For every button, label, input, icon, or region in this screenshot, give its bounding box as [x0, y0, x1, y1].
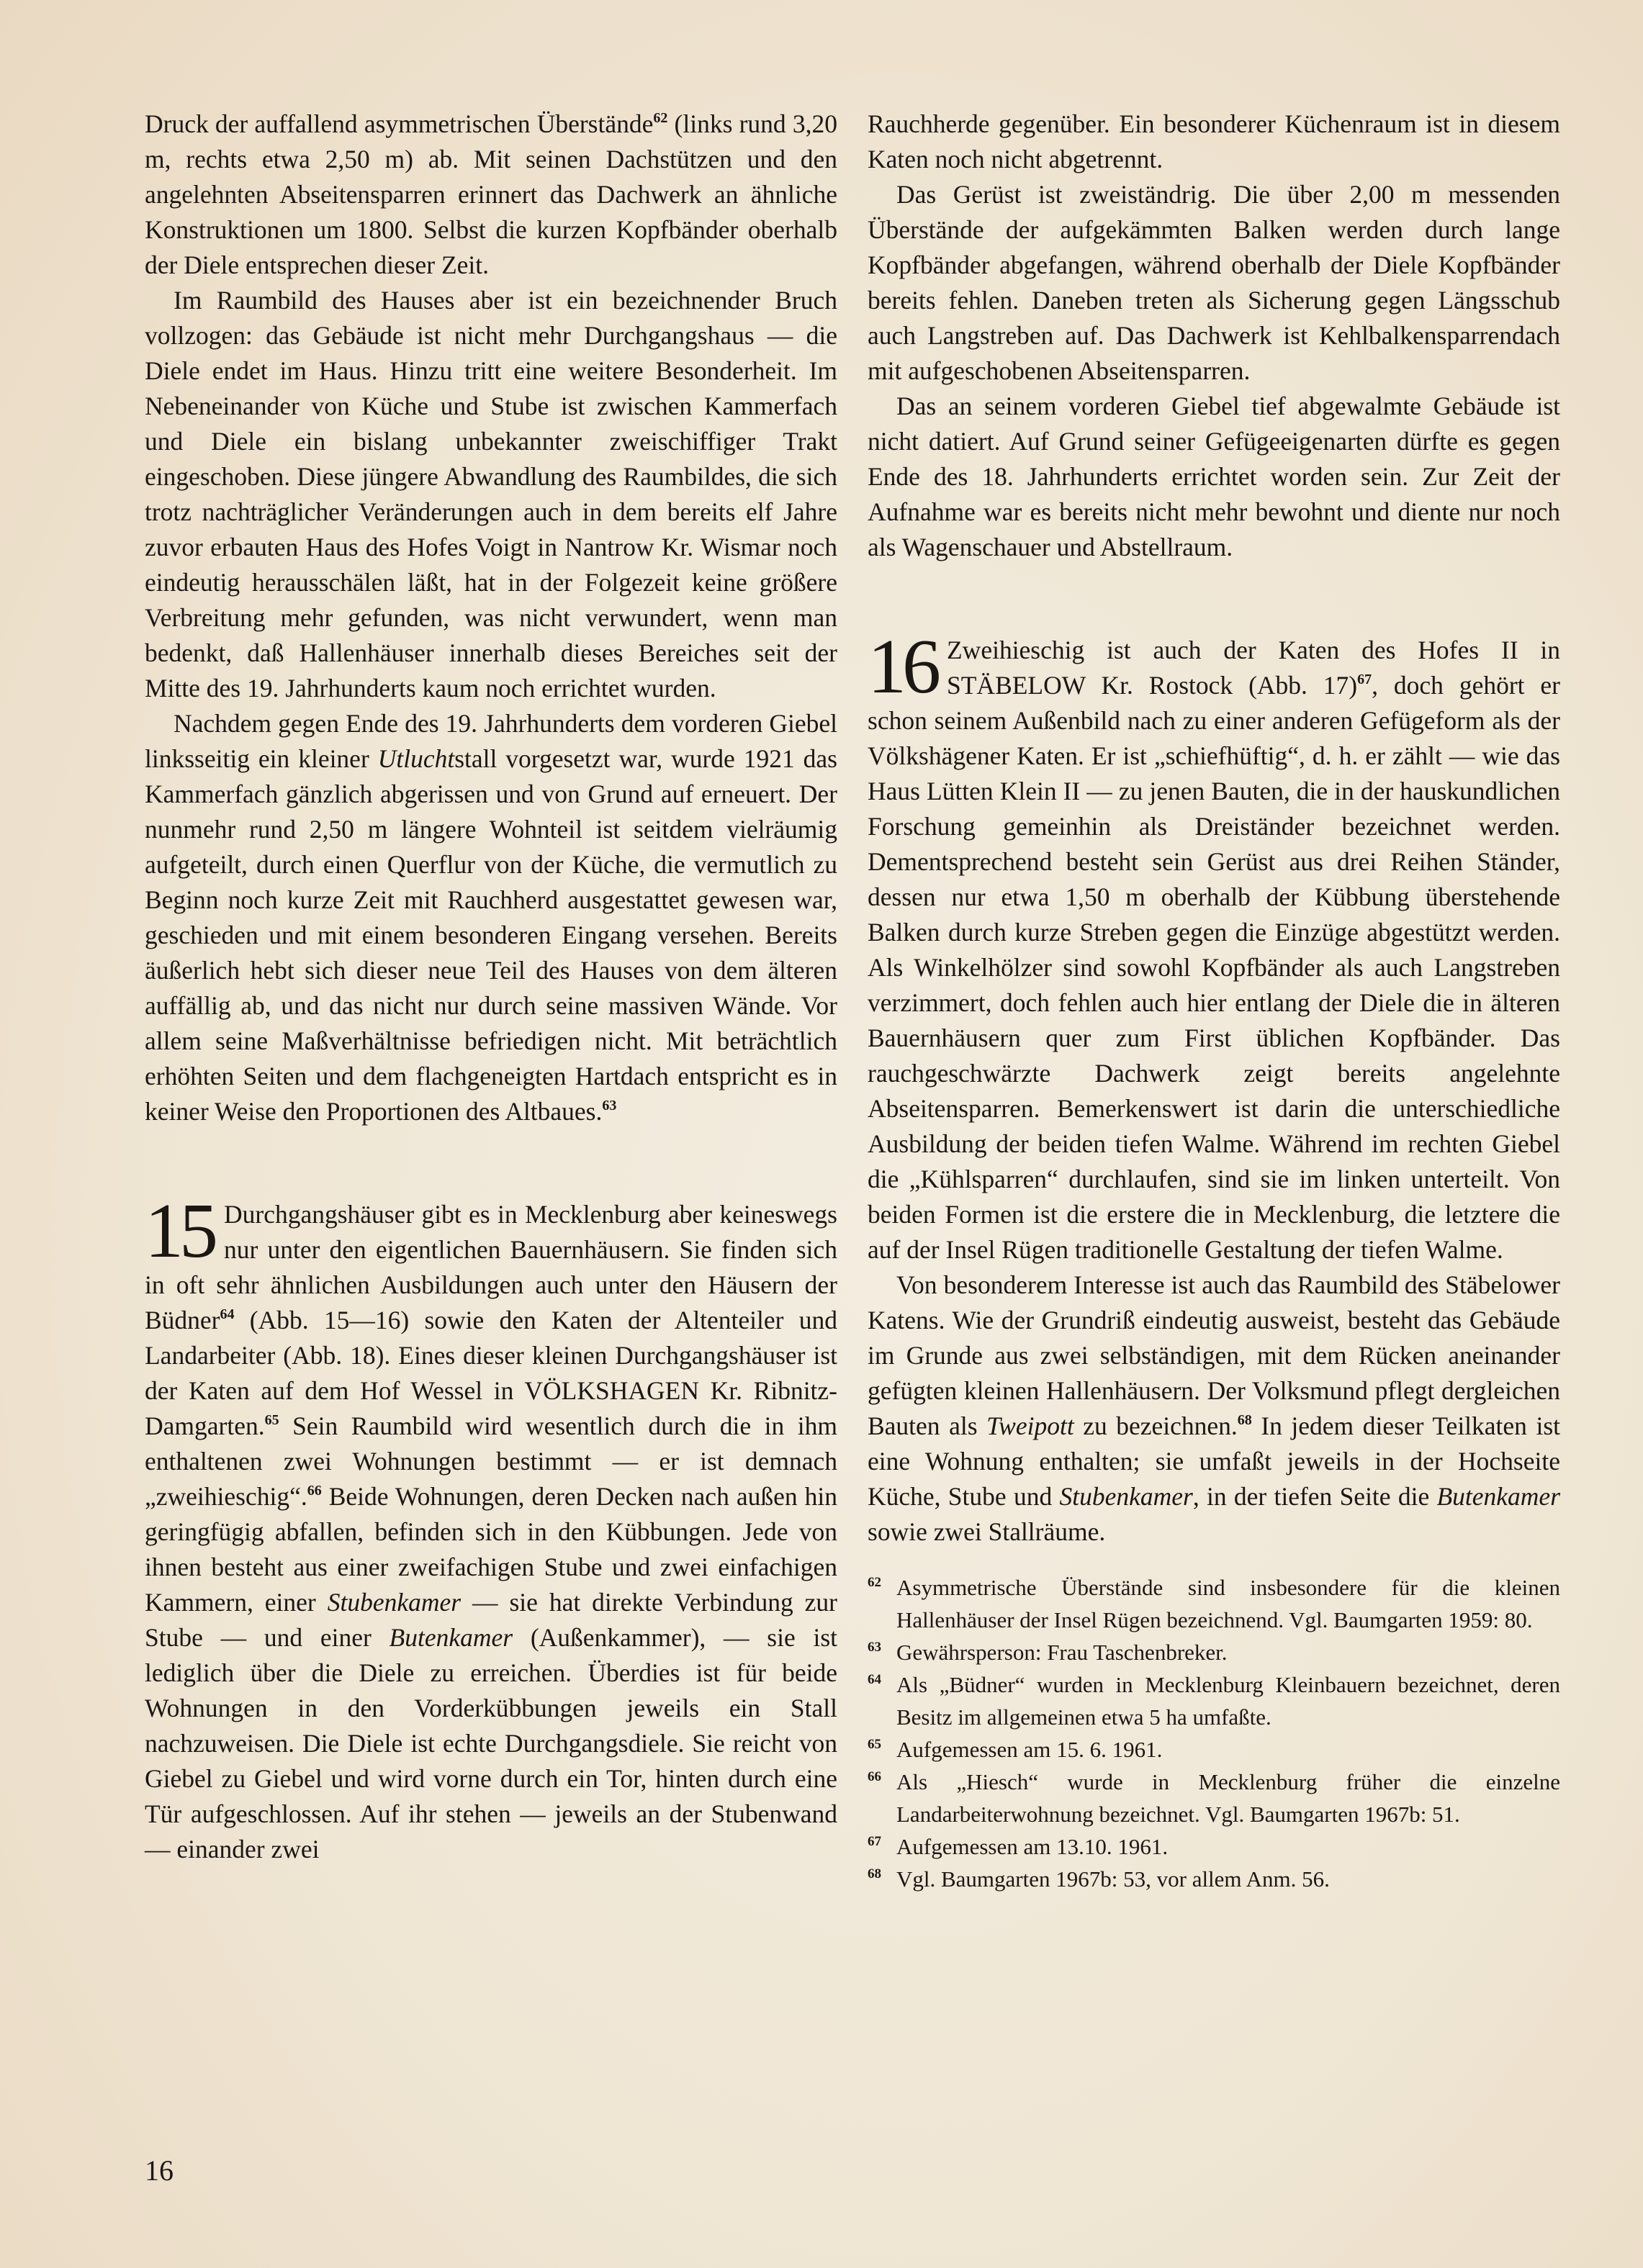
paragraph: Nachdem gegen Ende des 19. Jahrhunderts …: [145, 706, 837, 1129]
paragraph: Das an seinem vorderen Giebel tief abgew…: [868, 389, 1560, 565]
text: sowie zwei Stallräume.: [868, 1517, 1105, 1546]
text: (Außenkammer), — sie ist lediglich über …: [145, 1623, 837, 1863]
footnote-text: Gewährsperson: Frau Taschenbreker.: [896, 1640, 1228, 1665]
text: stall vorgesetzt war, wurde 1921 das Kam…: [145, 744, 837, 1126]
italic-term: Butenkamer: [1436, 1482, 1560, 1511]
footnote-ref[interactable]: 64: [220, 1306, 235, 1322]
footnote-ref[interactable]: 65: [265, 1412, 279, 1428]
footnote: 63Gewährsperson: Frau Taschenbreker.: [868, 1636, 1560, 1668]
footnote-text: Aufgemessen am 13.10. 1961.: [896, 1834, 1168, 1859]
paragraph: Druck der auffallend asymmetrischen Über…: [145, 107, 837, 283]
text: , doch gehört er schon seinem Außenbild …: [868, 671, 1560, 1264]
italic-term: Stubenkamer: [1059, 1482, 1192, 1511]
footnote: 62Asymmetrische Überstände sind insbeson…: [868, 1571, 1560, 1636]
italic-term: Butenkamer: [390, 1623, 513, 1652]
footnote: 68Vgl. Baumgarten 1967b: 53, vor allem A…: [868, 1863, 1560, 1895]
section-16: 16Zweihieschig ist auch der Katen des Ho…: [868, 633, 1560, 1268]
footnote-text: Als „Büdner“ wurden in Mecklenburg Klein…: [896, 1672, 1560, 1730]
footnote-text: Als „Hiesch“ wurde in Mecklenburg früher…: [896, 1769, 1560, 1827]
italic-term: Tweipott: [986, 1411, 1074, 1440]
text: , in der tiefen Seite die: [1193, 1482, 1437, 1511]
footnotes: 62Asymmetrische Überstände sind insbeson…: [868, 1571, 1560, 1895]
paragraph: Im Raumbild des Hauses aber ist ein beze…: [145, 283, 837, 706]
italic-term: Utlucht: [378, 744, 454, 773]
right-column: Rauchherde gegenüber. Ein besonderer Küc…: [868, 107, 1560, 1895]
footnote: 64Als „Büdner“ wurden in Mecklenburg Kle…: [868, 1668, 1560, 1733]
paragraph: Das Gerüst ist zweiständrig. Die über 2,…: [868, 177, 1560, 389]
text: zu bezeichnen.: [1074, 1411, 1238, 1440]
section-number: 15: [145, 1201, 214, 1266]
page-number: 16: [145, 2154, 174, 2187]
footnote-text: Vgl. Baumgarten 1967b: 53, vor allem Anm…: [896, 1866, 1330, 1892]
footnote-ref[interactable]: 66: [307, 1483, 322, 1499]
italic-term: Stubenkamer: [328, 1588, 461, 1617]
paragraph: Rauchherde gegenüber. Ein besonderer Küc…: [868, 107, 1560, 177]
left-column: Druck der auffallend asymmetrischen Über…: [145, 107, 837, 1867]
footnote-text: Asymmetrische Überstände sind insbesonde…: [896, 1575, 1560, 1632]
footnote-ref[interactable]: 62: [653, 110, 667, 126]
book-page: Druck der auffallend asymmetrischen Über…: [0, 0, 1643, 2268]
footnote: 66Als „Hiesch“ wurde in Mecklenburg früh…: [868, 1766, 1560, 1830]
section-15: 15Durchgangshäuser gibt es in Mecklenbur…: [145, 1197, 837, 1867]
footnote-ref[interactable]: 67: [1357, 672, 1372, 687]
footnote-ref[interactable]: 68: [1238, 1412, 1252, 1428]
paragraph: Von besonderem Interesse ist auch das Ra…: [868, 1268, 1560, 1550]
footnote-ref[interactable]: 63: [602, 1098, 616, 1113]
text: Druck der auffallend asymmetrischen Über…: [145, 109, 653, 138]
section-number: 16: [868, 637, 937, 702]
footnote: 65Aufgemessen am 15. 6. 1961.: [868, 1733, 1560, 1766]
footnote: 67Aufgemessen am 13.10. 1961.: [868, 1830, 1560, 1863]
footnote-text: Aufgemessen am 15. 6. 1961.: [896, 1737, 1162, 1762]
